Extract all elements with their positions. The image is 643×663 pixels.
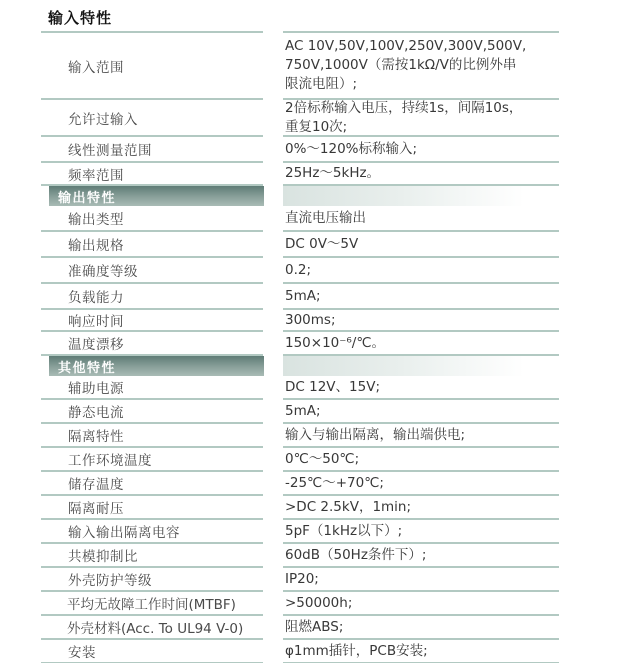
spec-label: 工作环境温度: [41, 448, 263, 472]
spec-row-mounting: 安装 φ1mm插针，PCB安装;: [0, 640, 643, 663]
spec-value: 60dB（50Hz条件下）;: [283, 544, 559, 568]
spec-value: 直流电压输出: [283, 206, 559, 232]
page-title: 输入特性: [41, 7, 263, 33]
spec-value: >DC 2.5kV，1min;: [283, 496, 559, 520]
spec-row-freq-range: 频率范围 25Hz～5kHz。: [0, 163, 643, 186]
spec-value: DC 0V～5V: [283, 232, 559, 258]
spec-label: 隔离特性: [41, 424, 263, 448]
spec-row-input-range: 输入范围 AC 10V,50V,100V,250V,300V,500V, 750…: [0, 33, 643, 100]
spec-value: 5mA;: [283, 284, 559, 310]
section-header-label: 输出特性: [49, 186, 264, 206]
spec-row-ip-rating: 外壳防护等级 IP20;: [0, 568, 643, 592]
spec-label: 响应时间: [41, 310, 263, 332]
spec-label: 输出规格: [41, 232, 263, 258]
section-header-output: 输出特性: [0, 186, 643, 206]
spec-label: 输出类型: [41, 206, 263, 232]
spec-label: 输入输出隔离电容: [41, 520, 263, 544]
spec-value: 阻燃ABS;: [283, 616, 559, 640]
spec-value: 2倍标称输入电压，持续1s，间隔10s， 重复10次;: [283, 100, 559, 137]
spec-value: -25℃～+70℃;: [283, 472, 559, 496]
title-row-rule: [283, 7, 559, 33]
section-header-fill: [283, 356, 545, 376]
spec-value: 0℃～50℃;: [283, 448, 559, 472]
spec-value: 0%～120%标称输入;: [283, 137, 559, 163]
spec-label: 外壳材料(Acc. To UL94 V-0): [41, 616, 263, 640]
spec-value: IP20;: [283, 568, 559, 592]
spec-row-material: 外壳材料(Acc. To UL94 V-0) 阻燃ABS;: [0, 616, 643, 640]
spec-row-withstand: 隔离耐压 >DC 2.5kV，1min;: [0, 496, 643, 520]
spec-row-mtbf: 平均无故障工作时间(MTBF) >50000h;: [0, 592, 643, 616]
spec-label: 辅助电源: [41, 376, 263, 400]
spec-row-response: 响应时间 300ms;: [0, 310, 643, 332]
spec-row-op-temp: 工作环境温度 0℃～50℃;: [0, 448, 643, 472]
spec-label: 输入范围: [41, 33, 263, 100]
spec-label: 储存温度: [41, 472, 263, 496]
spec-row-iso-cap: 输入输出隔离电容 5pF（1kHz以下）;: [0, 520, 643, 544]
spec-value: >50000h;: [283, 592, 559, 616]
spec-row-cmrr: 共模抑制比 60dB（50Hz条件下）;: [0, 544, 643, 568]
spec-label: 隔离耐压: [41, 496, 263, 520]
spec-row-quiescent: 静态电流 5mA;: [0, 400, 643, 424]
spec-value: φ1mm插针，PCB安装;: [283, 640, 559, 663]
spec-row-storage-temp: 储存温度 -25℃～+70℃;: [0, 472, 643, 496]
spec-value: 输入与输出隔离，输出端供电;: [283, 424, 559, 448]
spec-label: 允许过输入: [41, 100, 263, 137]
spec-label: 准确度等级: [41, 258, 263, 284]
spec-label: 频率范围: [41, 163, 263, 186]
spec-value: 150×10⁻⁶/℃。: [283, 332, 559, 356]
spec-label: 安装: [41, 640, 263, 663]
spec-value: 5mA;: [283, 400, 559, 424]
spec-value: 5pF（1kHz以下）;: [283, 520, 559, 544]
spec-value: 25Hz～5kHz。: [283, 163, 559, 186]
spec-sheet: 输入特性 输入范围 AC 10V,50V,100V,250V,300V,500V…: [0, 0, 643, 663]
section-header-fill: [283, 186, 545, 206]
spec-row-output-type: 输出类型 直流电压输出: [0, 206, 643, 232]
spec-value: 300ms;: [283, 310, 559, 332]
spec-value: DC 12V、15V;: [283, 376, 559, 400]
spec-value: AC 10V,50V,100V,250V,300V,500V, 750V,100…: [283, 33, 559, 100]
spec-row-output-spec: 输出规格 DC 0V～5V: [0, 232, 643, 258]
spec-row-over-input: 允许过输入 2倍标称输入电压，持续1s，间隔10s， 重复10次;: [0, 100, 643, 137]
spec-row-load: 负载能力 5mA;: [0, 284, 643, 310]
spec-label: 外壳防护等级: [41, 568, 263, 592]
spec-value: 0.2;: [283, 258, 559, 284]
title-row: 输入特性: [0, 7, 643, 33]
spec-label: 负载能力: [41, 284, 263, 310]
spec-row-accuracy: 准确度等级 0.2;: [0, 258, 643, 284]
spec-row-drift: 温度漂移 150×10⁻⁶/℃。: [0, 332, 643, 356]
spec-row-linear-range: 线性测量范围 0%～120%标称输入;: [0, 137, 643, 163]
column-gap: [263, 7, 283, 33]
spec-label: 线性测量范围: [41, 137, 263, 163]
spec-label: 共模抑制比: [41, 544, 263, 568]
spec-label: 静态电流: [41, 400, 263, 424]
spec-row-isolation: 隔离特性 输入与输出隔离，输出端供电;: [0, 424, 643, 448]
spec-row-aux-power: 辅助电源 DC 12V、15V;: [0, 376, 643, 400]
section-header-other: 其他特性: [0, 356, 643, 376]
spec-label: 平均无故障工作时间(MTBF): [41, 592, 263, 616]
spec-label: 温度漂移: [41, 332, 263, 356]
section-header-label: 其他特性: [49, 356, 264, 376]
